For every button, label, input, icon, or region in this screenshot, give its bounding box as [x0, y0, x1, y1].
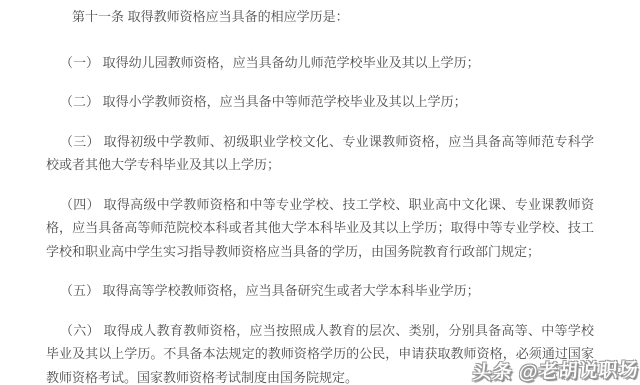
- clause-1: （一） 取得幼儿园教师资格，应当具备幼儿师范学校毕业及其以上学历；: [46, 51, 594, 75]
- toutiao-watermark: 头条 @老胡说职场: [472, 355, 640, 385]
- clause-4: （四） 取得高级中学教师资格和中等专业学校、技工学校、职业高中文化课、专业课教师…: [46, 193, 594, 264]
- clause-3: （三） 取得初级中学教师、初级职业学校文化、专业课教师资格，应当具备高等师范专科…: [46, 130, 594, 177]
- article-heading: 第十一条 取得教师资格应当具备的相应学历是：: [46, 5, 594, 29]
- clause-5: （五） 取得高等学校教师资格，应当具备研究生或者大学本科毕业学历；: [46, 279, 594, 303]
- document-page: 第十一条 取得教师资格应当具备的相应学历是： （一） 取得幼儿园教师资格，应当具…: [0, 0, 640, 385]
- clause-2: （二） 取得小学教师资格，应当具备中等师范学校毕业及其以上学历；: [46, 90, 594, 114]
